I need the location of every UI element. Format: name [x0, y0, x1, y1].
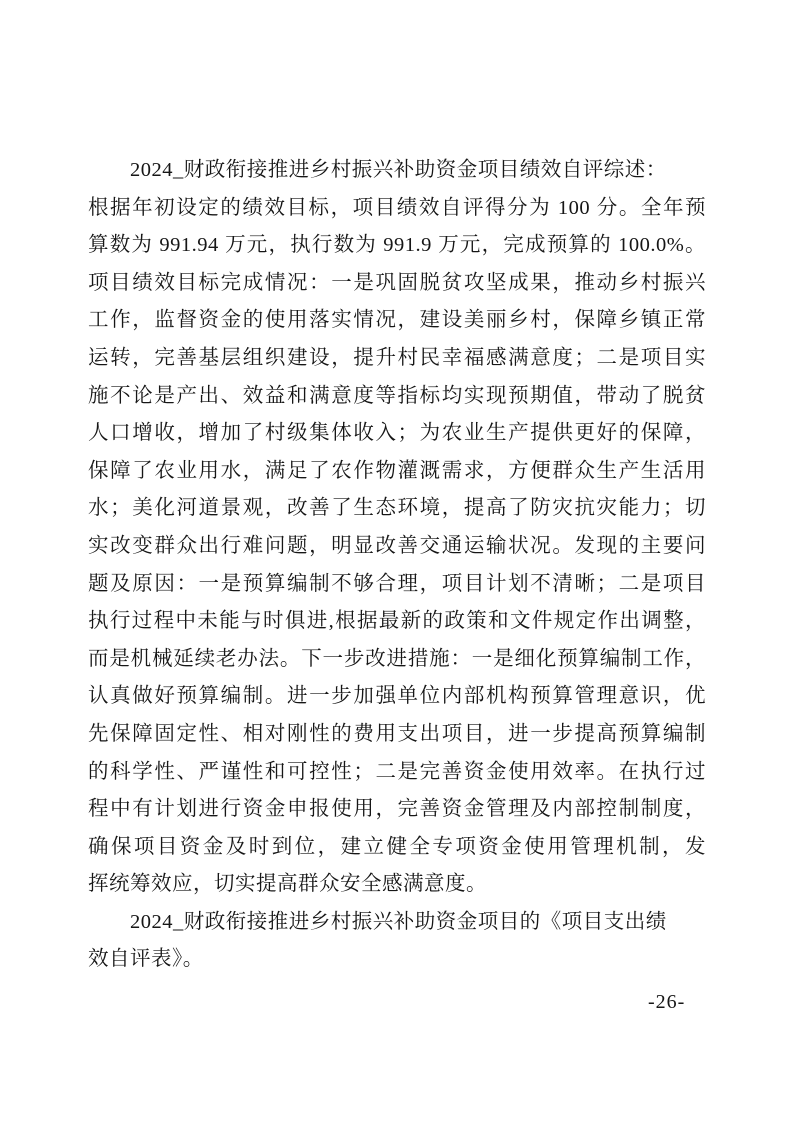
text-line: 认真做好预算编制。进一步加强单位内部机构预算管理意识，优 — [88, 678, 706, 716]
body-text: 2024_财政衔接推进乡村振兴补助资金项目绩效自评综述： 根据年初设定的绩效目标… — [88, 152, 706, 979]
text-line: 项目绩效目标完成情况：一是巩固脱贫攻坚成果，推动乡村振兴 — [88, 265, 706, 303]
text-line: 保障了农业用水，满足了农作物灌溉需求，方便群众生产生活用 — [88, 453, 706, 491]
text-line: 人口增收，增加了村级集体收入；为农业生产提供更好的保障， — [88, 415, 706, 453]
text-line: 施不论是产出、效益和满意度等指标均实现预期值，带动了脱贫 — [88, 378, 706, 416]
text-line: 水；美化河道景观，改善了生态环境，提高了防灾抗灾能力；切 — [88, 490, 706, 528]
text-line: 确保项目资金及时到位，建立健全专项资金使用管理机制，发 — [88, 829, 706, 867]
document-page: 2024_财政衔接推进乡村振兴补助资金项目绩效自评综述： 根据年初设定的绩效目标… — [0, 0, 793, 1122]
page-number: -26- — [648, 990, 685, 1014]
text-line: 工作，监督资金的使用落实情况，建设美丽乡村，保障乡镇正常 — [88, 302, 706, 340]
text-line: 2024_财政衔接推进乡村振兴补助资金项目的《项目支出绩 — [88, 904, 706, 942]
text-line: 题及原因：一是预算编制不够合理，项目计划不清晰；二是项目 — [88, 566, 706, 604]
text-line: 的科学性、严谨性和可控性；二是完善资金使用效率。在执行过 — [88, 754, 706, 792]
text-line: 效自评表》。 — [88, 941, 706, 979]
text-line: 运转，完善基层组织建设，提升村民幸福感满意度；二是项目实 — [88, 340, 706, 378]
text-line: 根据年初设定的绩效目标，项目绩效自评得分为 100 分。全年预 — [88, 190, 706, 228]
text-line: 2024_财政衔接推进乡村振兴补助资金项目绩效自评综述： — [88, 152, 706, 190]
text-line: 程中有计划进行资金申报使用，完善资金管理及内部控制制度， — [88, 791, 706, 829]
text-line: 实改变群众出行难问题，明显改善交通运输状况。发现的主要问 — [88, 528, 706, 566]
text-line: 先保障固定性、相对刚性的费用支出项目，进一步提高预算编制 — [88, 716, 706, 754]
text-line: 算数为 991.94 万元，执行数为 991.9 万元，完成预算的 100.0%… — [88, 227, 706, 265]
text-line: 执行过程中未能与时俱进,根据最新的政策和文件规定作出调整， — [88, 603, 706, 641]
text-line: 挥统筹效应，切实提高群众安全感满意度。 — [88, 866, 706, 904]
text-line: 而是机械延续老办法。下一步改进措施：一是细化预算编制工作， — [88, 641, 706, 679]
